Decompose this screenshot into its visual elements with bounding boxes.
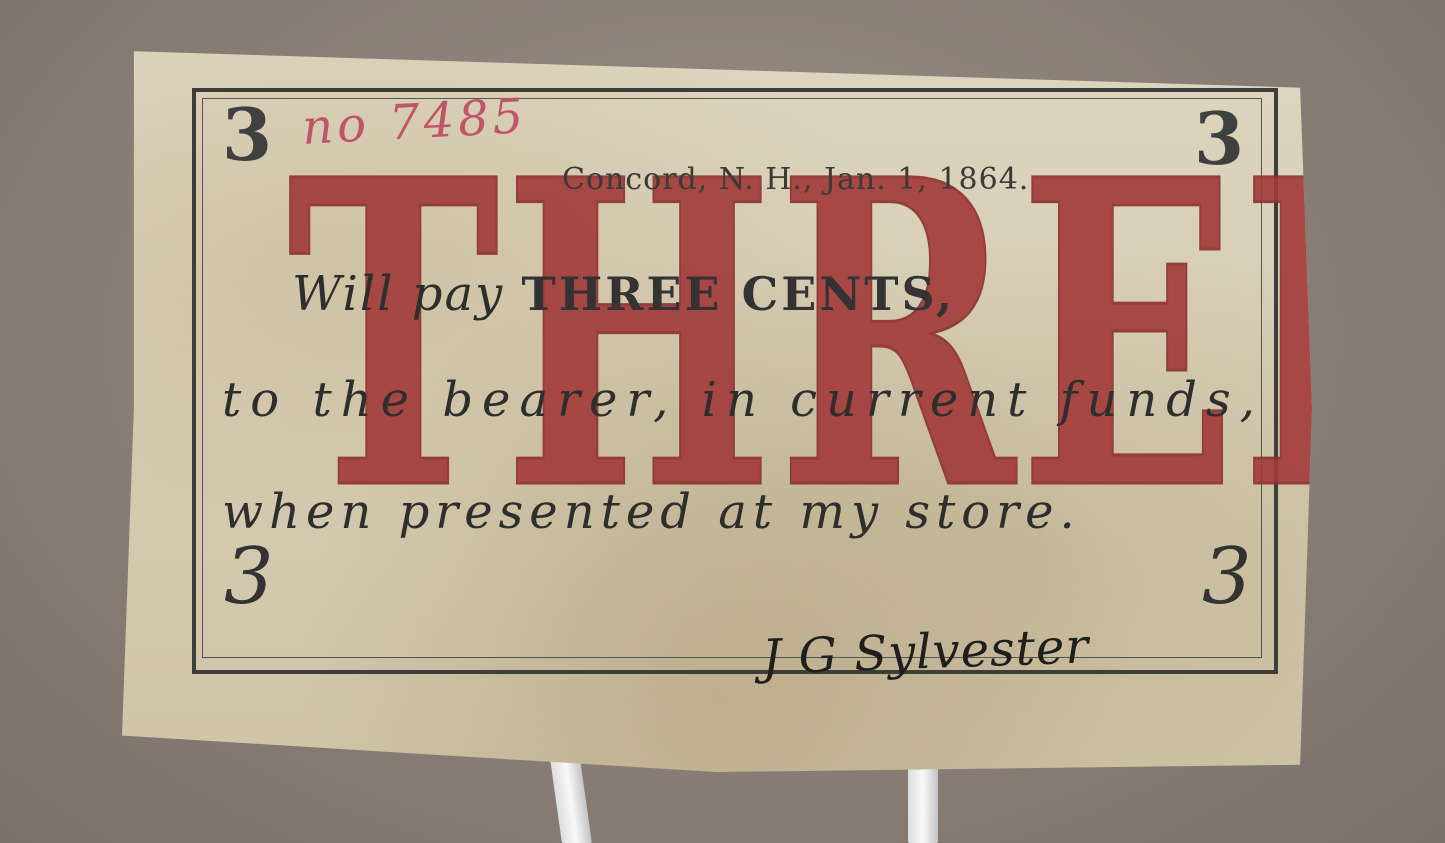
body-line-1: Will pay THREE CENTS,: [292, 266, 955, 322]
body-line-3: when presented at my store.: [222, 484, 1081, 540]
denomination-overprint: THREE: [287, 172, 1445, 502]
body-line-1-amount: THREE CENTS,: [522, 267, 956, 321]
corner-numeral-bottom-right: 3: [1202, 532, 1252, 622]
banknote: THREE 3 3 3 3 no 7485 Concord, N. H., Ja…: [122, 44, 1312, 772]
corner-numeral-top-right: 3: [1194, 96, 1244, 181]
corner-numeral-bottom-left: 3: [224, 532, 274, 622]
corner-numeral-top-left: 3: [222, 92, 272, 177]
body-line-2: to the bearer, in current funds,: [222, 372, 1264, 428]
place-date: Concord, N. H., Jan. 1, 1864.: [562, 162, 1029, 197]
body-line-2-text: to the bearer, in current funds,: [222, 372, 1264, 428]
body-line-3-text: when presented at my store.: [222, 484, 1081, 540]
signature: J G Sylvester: [761, 618, 1090, 685]
body-line-1-prefix: Will pay: [292, 266, 522, 322]
serial-number: no 7485: [301, 88, 529, 156]
